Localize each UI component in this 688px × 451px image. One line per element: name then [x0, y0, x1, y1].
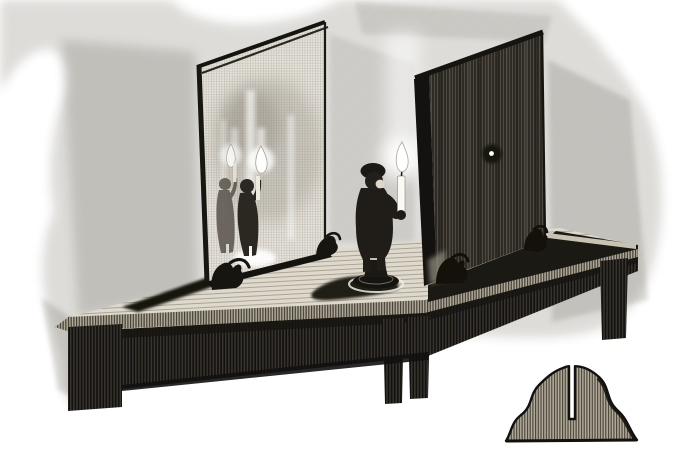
inset-foot-baseline	[506, 440, 637, 441]
engraving-scene: Engraved illustration of an optics exper…	[0, 0, 688, 451]
table-leg-right	[600, 258, 628, 340]
figurine-face	[376, 180, 385, 189]
figurine-hand	[396, 210, 406, 220]
board-hole	[483, 145, 502, 164]
glass-plate	[197, 22, 340, 290]
table-leg-left	[68, 324, 122, 411]
candle	[398, 176, 406, 214]
engraving-canvas: Engraved illustration of an optics exper…	[0, 0, 688, 451]
board	[414, 32, 547, 286]
